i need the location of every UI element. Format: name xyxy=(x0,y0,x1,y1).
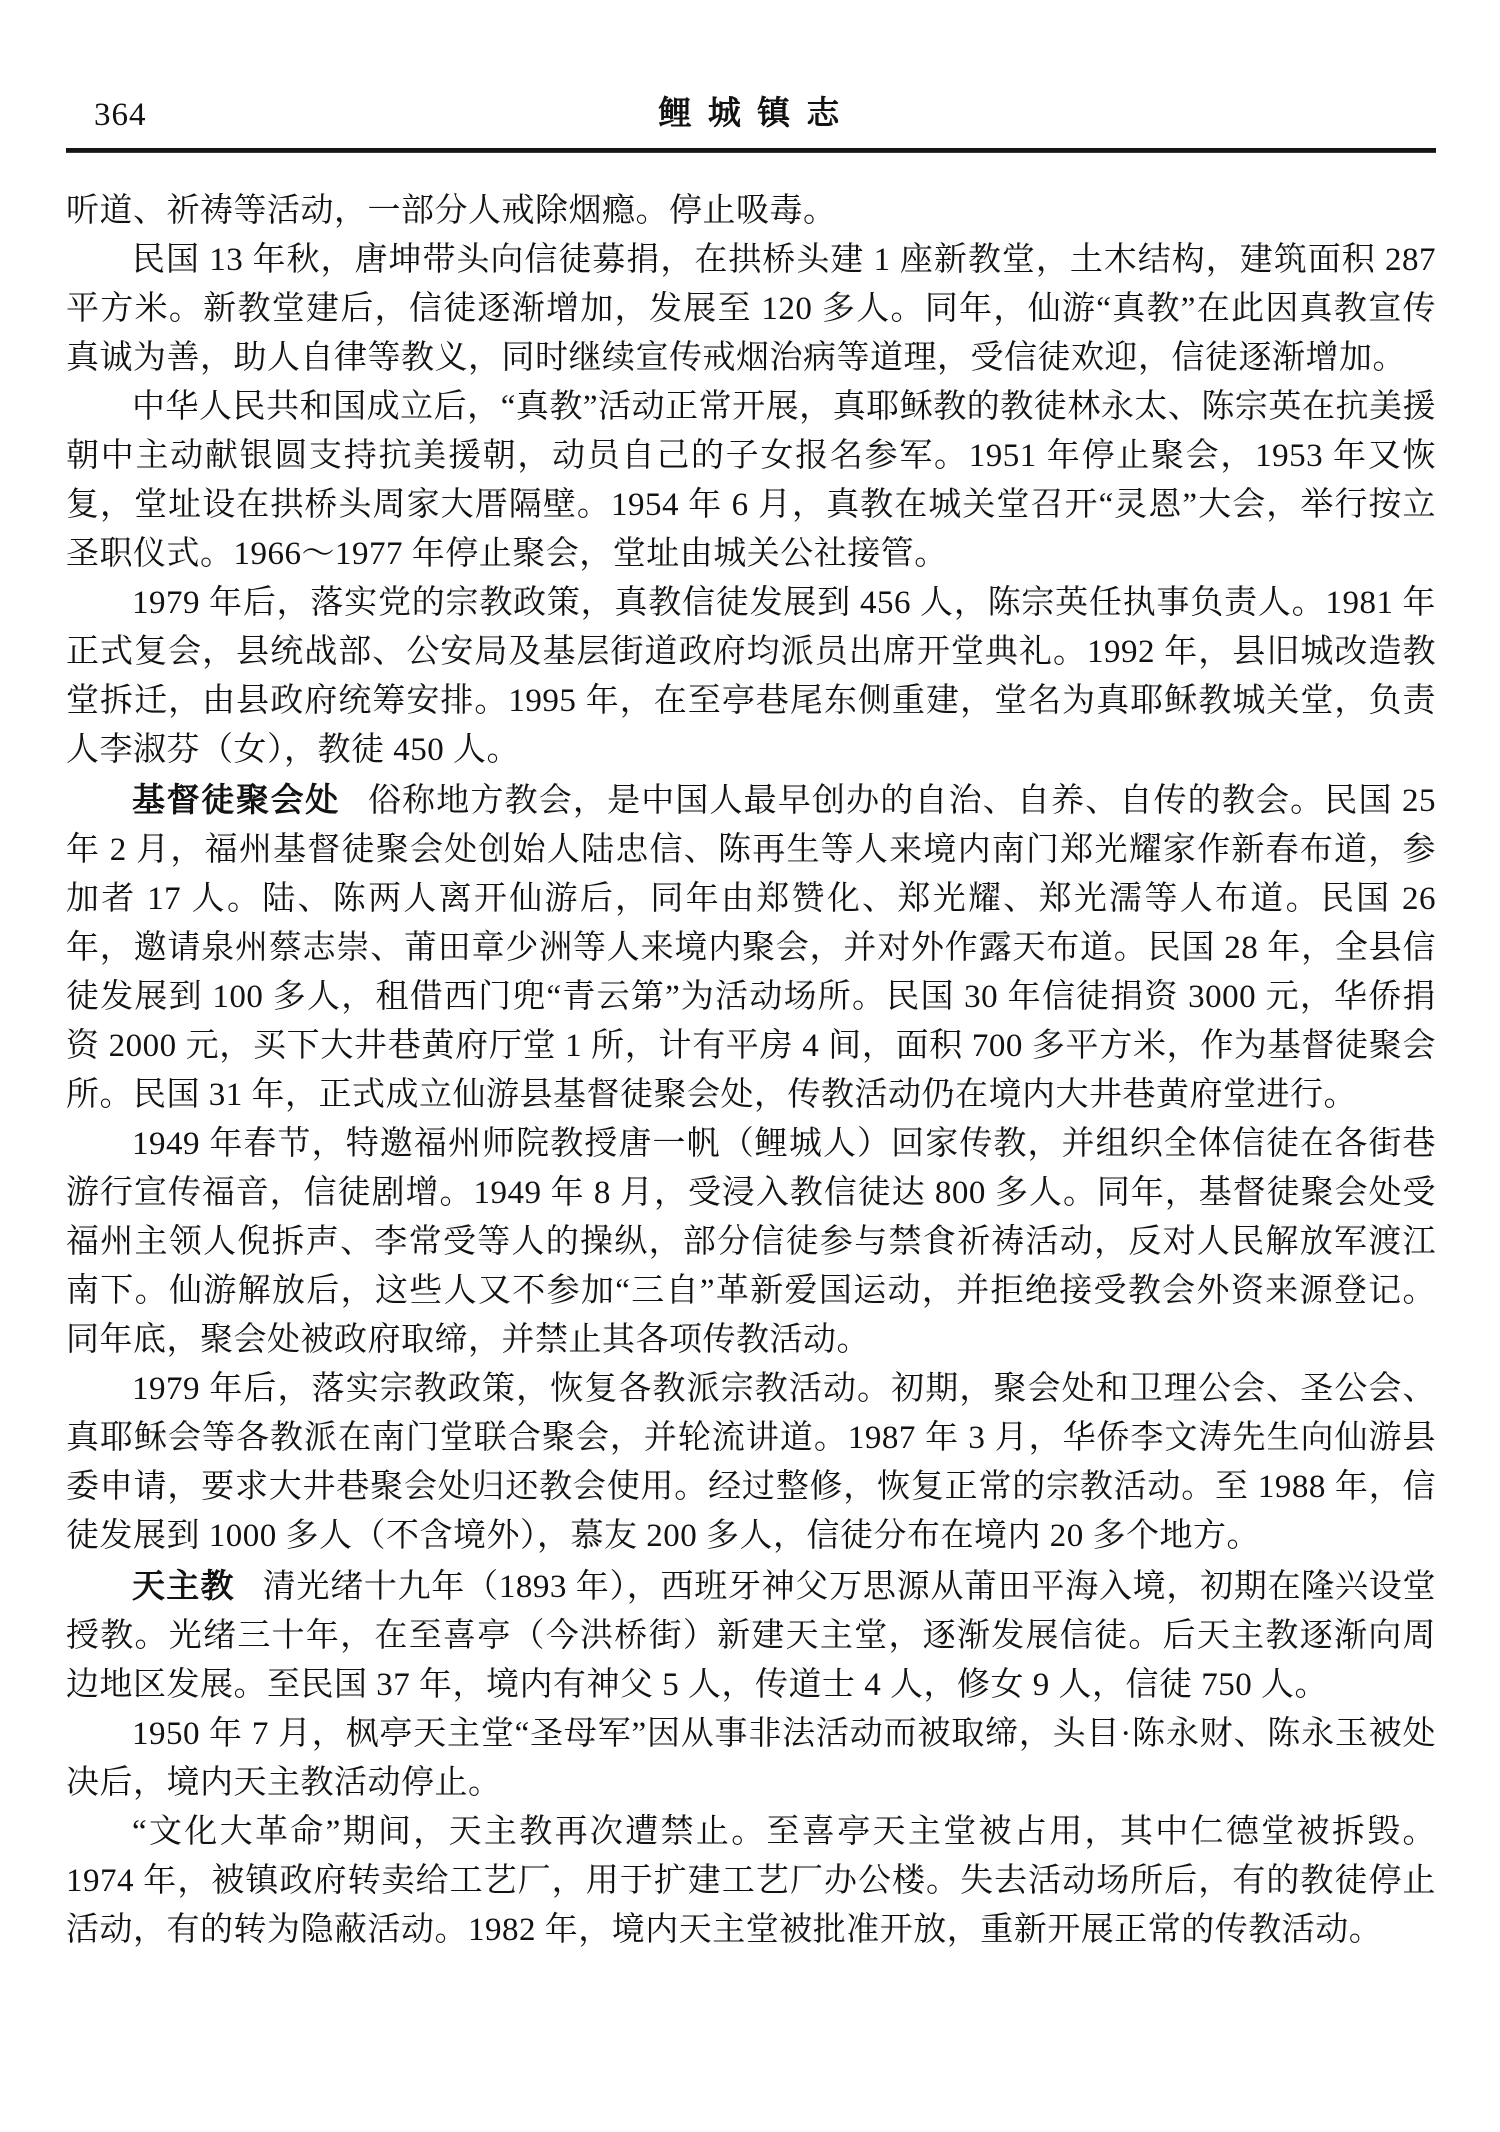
paragraph-text: 1979 年后，落实党的宗教政策，真教信徒发展到 456 人，陈宗英任执事负责人… xyxy=(66,585,1436,768)
section-paragraph: 基督徒聚会处俗称地方教会，是中国人最早创办的自治、自养、自传的教会。民国 25 … xyxy=(66,775,1436,1120)
section-heading: 天主教 xyxy=(132,1567,235,1604)
paragraph: 1950 年 7 月，枫亭天主堂“圣母军”因从事非法活动而被取缔，头目·陈永财、… xyxy=(66,1710,1436,1808)
paragraph-text: 1950 年 7 月，枫亭天主堂“圣母军”因从事非法活动而被取缔，头目·陈永财、… xyxy=(66,1716,1436,1801)
section-heading: 基督徒聚会处 xyxy=(132,781,340,818)
page-header-title: 鲤 城 镇 志 xyxy=(659,87,844,134)
paragraph-text: 俗称地方教会，是中国人最早创办的自治、自养、自传的教会。民国 25 年 2 月，… xyxy=(66,783,1436,1113)
page-header: 364 鲤 城 镇 志 xyxy=(66,88,1436,140)
paragraph-text: 中华人民共和国成立后，“真教”活动正常开展，真耶稣教的教徒林永太、陈宗英在抗美援… xyxy=(66,389,1436,572)
page-body: 听道、祈祷等活动，一部分人戒除烟瘾。停止吸毒。民国 13 年秋，唐坤带头向信徒募… xyxy=(66,187,1436,1955)
book-page: 364 鲤 城 镇 志 听道、祈祷等活动，一部分人戒除烟瘾。停止吸毒。民国 13… xyxy=(0,0,1500,2132)
paragraph: “文化大革命”期间，天主教再次遭禁止。至喜亭天主堂被占用，其中仁德堂被拆毁。19… xyxy=(66,1808,1436,1955)
paragraph-text: 听道、祈祷等活动，一部分人戒除烟瘾。停止吸毒。 xyxy=(66,193,837,229)
paragraph: 1979 年后，落实宗教政策，恢复各教派宗教活动。初期，聚会处和卫理公会、圣公会… xyxy=(66,1365,1436,1561)
paragraph: 听道、祈祷等活动，一部分人戒除烟瘾。停止吸毒。 xyxy=(66,187,1436,236)
paragraph-text: 1979 年后，落实宗教政策，恢复各教派宗教活动。初期，聚会处和卫理公会、圣公会… xyxy=(66,1371,1436,1554)
paragraph: 中华人民共和国成立后，“真教”活动正常开展，真耶稣教的教徒林永太、陈宗英在抗美援… xyxy=(66,383,1436,579)
paragraph-text: 1949 年春节，特邀福州师院教授唐一帆（鲤城人）回家传教，并组织全体信徒在各街… xyxy=(66,1126,1436,1358)
paragraph-text: “文化大革命”期间，天主教再次遭禁止。至喜亭天主堂被占用，其中仁德堂被拆毁。19… xyxy=(66,1814,1436,1948)
paragraph: 民国 13 年秋，唐坤带头向信徒募捐，在拱桥头建 1 座新教堂，土木结构，建筑面… xyxy=(66,236,1436,383)
header-rule xyxy=(66,148,1436,153)
paragraph-text: 民国 13 年秋，唐坤带头向信徒募捐，在拱桥头建 1 座新教堂，土木结构，建筑面… xyxy=(66,242,1436,376)
paragraph: 1979 年后，落实党的宗教政策，真教信徒发展到 456 人，陈宗英任执事负责人… xyxy=(66,579,1436,775)
paragraph-text: 清光绪十九年（1893 年），西班牙神父万思源从莆田平海入境，初期在隆兴设堂授教… xyxy=(66,1569,1436,1703)
paragraph: 1949 年春节，特邀福州师院教授唐一帆（鲤城人）回家传教，并组织全体信徒在各街… xyxy=(66,1120,1436,1365)
section-paragraph: 天主教清光绪十九年（1893 年），西班牙神父万思源从莆田平海入境，初期在隆兴设… xyxy=(66,1561,1436,1710)
page-number: 364 xyxy=(94,97,147,134)
